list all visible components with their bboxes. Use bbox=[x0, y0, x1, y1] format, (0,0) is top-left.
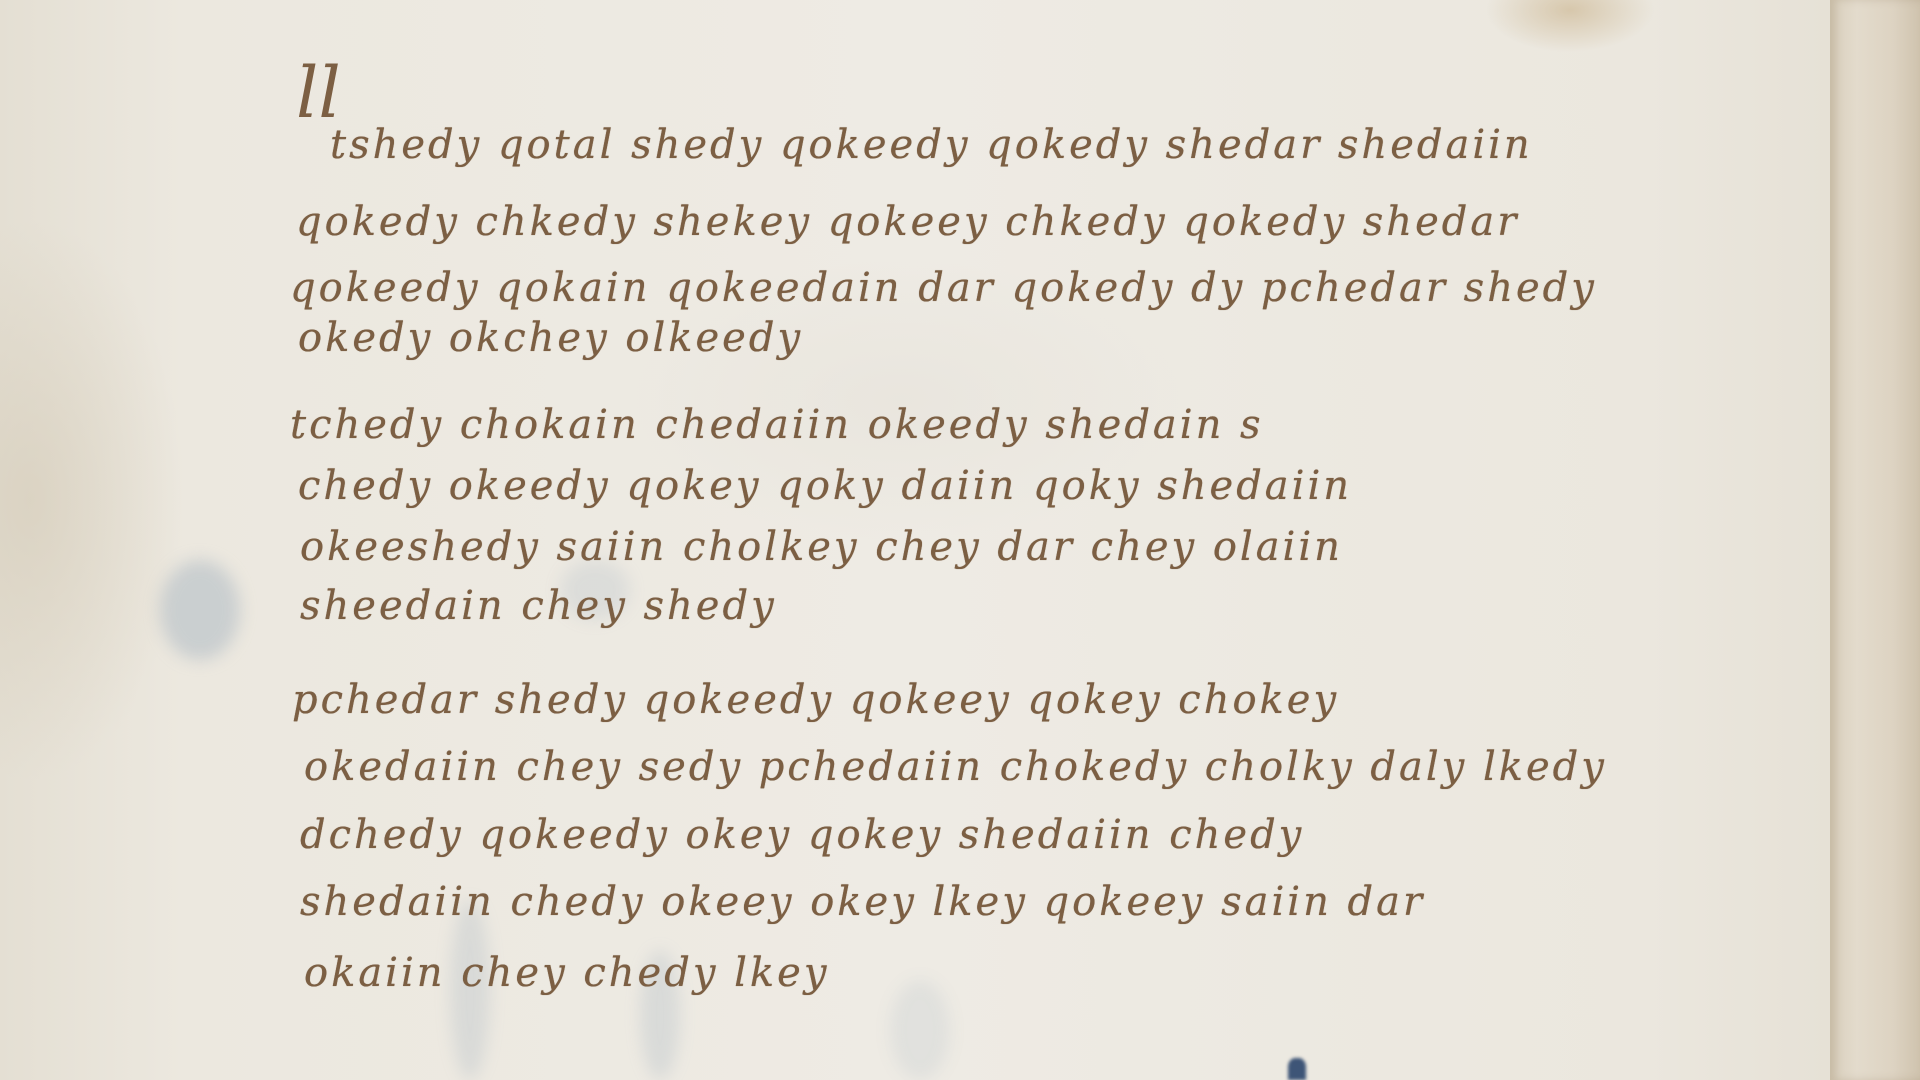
text-line: shedaiin chedy okeey okey lkey qokeey sa… bbox=[300, 882, 1425, 922]
text-line: pchedar shedy qokeedy qokeey qokey choke… bbox=[292, 680, 1339, 720]
text-line: okaiin chey chedy lkey bbox=[304, 953, 829, 993]
text-line: okedaiin chey sedy pchedaiin chokedy cho… bbox=[304, 747, 1607, 787]
text-line: dchedy qokeedy okey qokey shedaiin chedy bbox=[300, 815, 1304, 855]
manuscript-text: ll tshedy qotal shedy qokeedy qokedy she… bbox=[0, 0, 1830, 1080]
gallows-glyph: ll bbox=[296, 58, 341, 128]
text-line: qokeedy qokain qokeedain dar qokedy dy p… bbox=[290, 268, 1597, 308]
text-line: tshedy qotal shedy qokeedy qokedy shedar… bbox=[330, 125, 1533, 165]
text-line: qokedy chkedy shekey qokeey chkedy qoked… bbox=[296, 202, 1519, 242]
page-edge bbox=[1830, 0, 1920, 1080]
text-line: okeeshedy saiin cholkey chey dar chey ol… bbox=[300, 527, 1343, 567]
text-line: okedy okchey olkeedy bbox=[298, 318, 803, 358]
text-line: tchedy chokain chedaiin okeedy shedain s bbox=[290, 405, 1264, 445]
text-line: sheedain chey shedy bbox=[300, 586, 777, 626]
text-line: chedy okeedy qokey qoky daiin qoky sheda… bbox=[298, 466, 1352, 506]
